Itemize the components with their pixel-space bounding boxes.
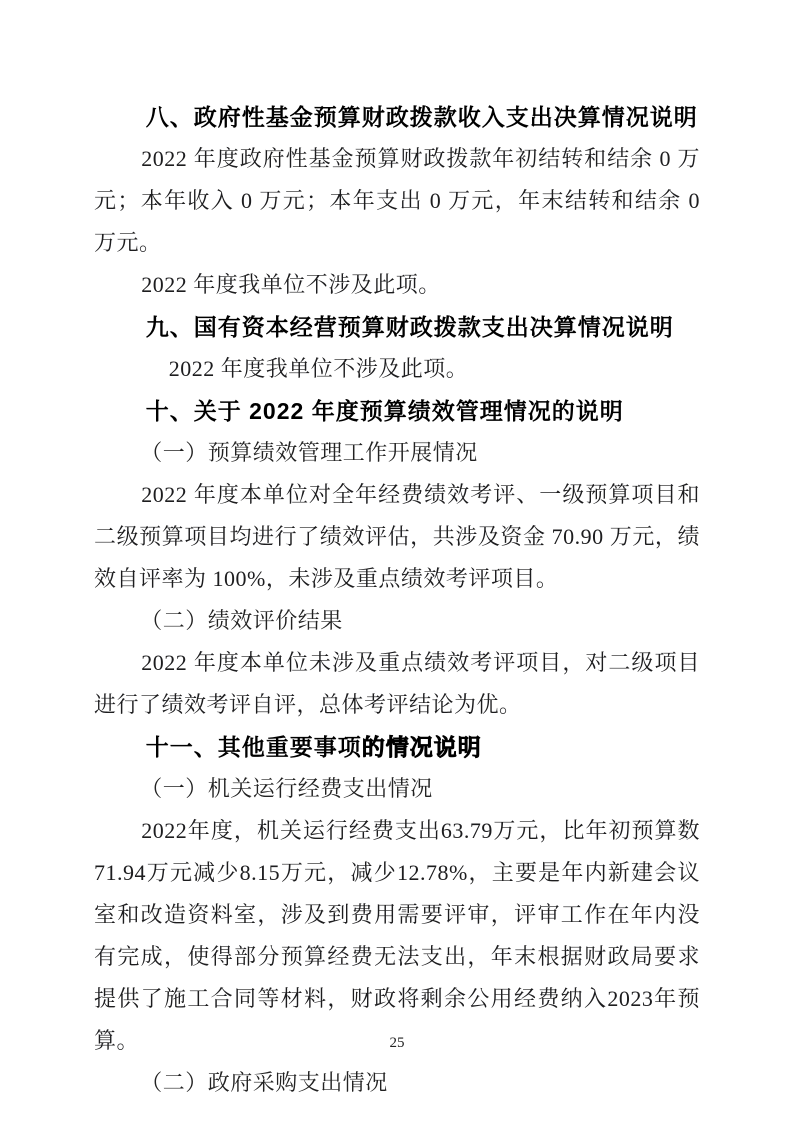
sub-heading-text: （一）机关运行经费支出情况 — [140, 776, 433, 801]
sub-heading: （二）政府采购支出情况 — [94, 1062, 700, 1104]
section-heading-text-heavy: 的情况说明 — [362, 734, 482, 760]
section-heading: 八、政府性基金预算财政拨款收入支出决算情况说明 — [94, 96, 700, 138]
body-paragraph: 2022年度，机关运行经费支出63.79万元，比年初预算数71.94万元减少8.… — [94, 810, 700, 1062]
document-page: 八、政府性基金预算财政拨款收入支出决算情况说明2022 年度政府性基金预算财政拨… — [0, 0, 794, 1123]
section-heading-text: 十一、其他重要事项 — [146, 734, 362, 760]
section-heading: 十、关于 2022 年度预算绩效管理情况的说明 — [94, 390, 700, 432]
body-paragraph: 2022 年度政府性基金预算财政拨款年初结转和结余 0 万元；本年收入 0 万元… — [94, 138, 700, 264]
sub-heading: （二）绩效评价结果 — [94, 600, 700, 642]
document-content: 八、政府性基金预算财政拨款收入支出决算情况说明2022 年度政府性基金预算财政拨… — [94, 96, 700, 1104]
body-paragraph-text: 2022 年度我单位不涉及此项。 — [169, 356, 469, 381]
sub-heading-text: （二）政府采购支出情况 — [140, 1070, 388, 1095]
sub-heading-text: （一）预算绩效管理工作开展情况 — [140, 440, 478, 465]
section-heading: 九、国有资本经营预算财政拨款支出决算情况说明 — [94, 306, 700, 348]
sub-heading: （一）机关运行经费支出情况 — [94, 768, 700, 810]
page-number: 25 — [0, 1033, 794, 1053]
body-paragraph-text: 2022 年度政府性基金预算财政拨款年初结转和结余 0 万元；本年收入 0 万元… — [94, 146, 700, 255]
section-heading-text: 十、关于 2022 年度预算绩效管理情况的说明 — [146, 398, 624, 424]
body-paragraph: 2022 年度我单位不涉及此项。 — [94, 348, 700, 390]
section-heading: 十一、其他重要事项的情况说明 — [94, 726, 700, 768]
sub-heading-text: （二）绩效评价结果 — [140, 608, 343, 633]
body-paragraph-text: 2022 年度本单位对全年经费绩效考评、一级预算项目和二级预算项目均进行了绩效评… — [94, 482, 700, 591]
section-heading-text: 九、国有资本经营预算财政拨款支出决算情况说明 — [146, 314, 674, 340]
section-heading-text: 八、政府性基金预算财政拨款收入支出决算情况说明 — [146, 104, 698, 130]
sub-heading: （一）预算绩效管理工作开展情况 — [94, 432, 700, 474]
body-paragraph: 2022 年度本单位未涉及重点绩效考评项目，对二级项目进行了绩效考评自评，总体考… — [94, 642, 700, 726]
body-paragraph-text: 2022 年度我单位不涉及此项。 — [141, 272, 441, 297]
body-paragraph-text: 2022年度，机关运行经费支出63.79万元，比年初预算数71.94万元减少8.… — [94, 818, 700, 1053]
body-paragraph: 2022 年度本单位对全年经费绩效考评、一级预算项目和二级预算项目均进行了绩效评… — [94, 474, 700, 600]
body-paragraph-text: 2022 年度本单位未涉及重点绩效考评项目，对二级项目进行了绩效考评自评，总体考… — [94, 650, 700, 717]
body-paragraph: 2022 年度我单位不涉及此项。 — [94, 264, 700, 306]
